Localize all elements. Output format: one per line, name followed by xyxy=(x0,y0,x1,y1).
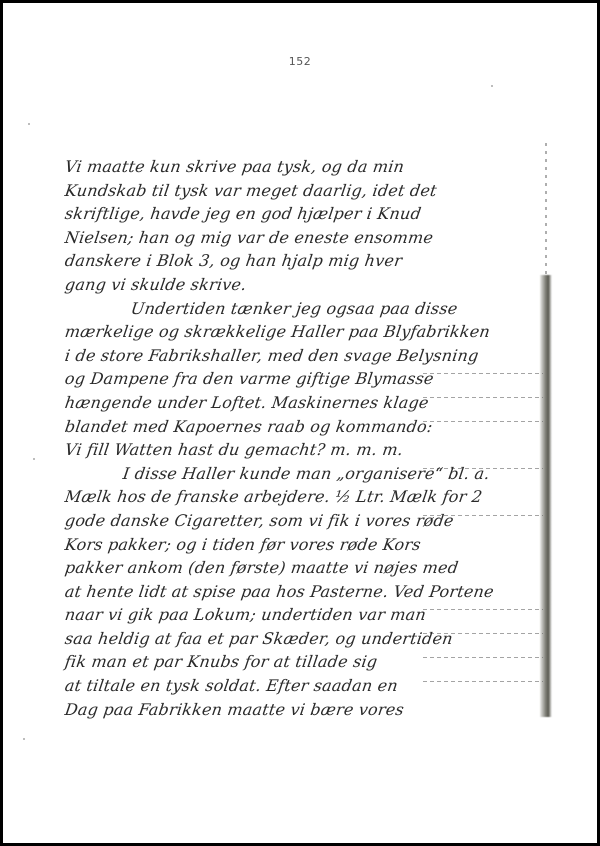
scan-speck xyxy=(491,85,493,87)
text-line: Kundskab til tysk var meget daarlig, ide… xyxy=(63,179,546,203)
text-line: Dag paa Fabrikken maatte vi bære vores xyxy=(63,698,546,722)
text-line: Vi fill Watten hast du gemacht? m. m. m. xyxy=(63,438,546,462)
text-line: gang vi skulde skrive. xyxy=(63,273,546,297)
text-line: danskere i Blok 3, og han hjalp mig hver xyxy=(63,249,546,273)
text-line: Kors pakker; og i tiden før vores røde K… xyxy=(63,533,546,557)
text-line: i de store Fabrikshaller, med den svage … xyxy=(63,344,546,368)
text-line: hængende under Loftet. Maskinernes klage xyxy=(63,391,546,415)
scanned-page: 152 Vi maatte kun skrive paa tysk, og da… xyxy=(3,3,597,843)
text-line: skriftlige, havde jeg en god hjælper i K… xyxy=(63,202,546,226)
text-line: blandet med Kapoernes raab og kommando: xyxy=(63,415,546,439)
text-line: mærkelige og skrækkelige Haller paa Blyf… xyxy=(63,320,546,344)
text-line: naar vi gik paa Lokum; undertiden var ma… xyxy=(63,603,546,627)
text-line: Vi maatte kun skrive paa tysk, og da min xyxy=(63,155,546,179)
text-line: Nielsen; han og mig var de eneste ensomm… xyxy=(63,226,546,250)
text-line: saa heldig at faa et par Skæder, og unde… xyxy=(63,627,546,651)
handwritten-text: Vi maatte kun skrive paa tysk, og da min… xyxy=(65,155,545,721)
text-line: Mælk hos de franske arbejdere. ½ Ltr. Mæ… xyxy=(63,485,546,509)
text-line: gode danske Cigaretter, som vi fik i vor… xyxy=(63,509,546,533)
text-line: og Dampene fra den varme giftige Blymass… xyxy=(63,367,546,391)
page-number: 152 xyxy=(3,55,597,68)
scan-speck xyxy=(33,458,35,460)
text-line: I disse Haller kunde man „organisere“ bl… xyxy=(63,462,546,486)
text-line: at hente lidt at spise paa hos Pasterne.… xyxy=(63,580,546,604)
text-line: Undertiden tænker jeg ogsaa paa disse xyxy=(63,297,546,321)
text-line: pakker ankom (den første) maatte vi nøje… xyxy=(63,556,546,580)
scan-speck xyxy=(23,738,25,740)
text-line: at tiltale en tysk soldat. Efter saadan … xyxy=(63,674,546,698)
text-line: fik man et par Knubs for at tillade sig xyxy=(63,650,546,674)
scan-speck xyxy=(28,123,30,125)
